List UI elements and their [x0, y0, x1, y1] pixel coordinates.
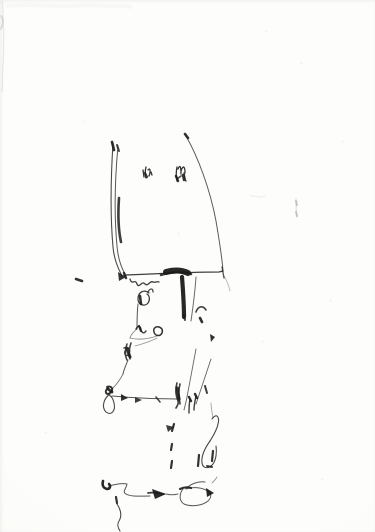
ink-stroke	[196, 359, 211, 404]
ink-stroke	[118, 198, 121, 242]
ink-stroke	[8, 5, 130, 7]
ink-stroke	[184, 315, 185, 320]
ink-stroke	[180, 487, 191, 489]
ink-stroke	[224, 276, 230, 291]
ink-stroke	[180, 482, 211, 506]
ink-stroke	[211, 403, 213, 418]
ink-stroke	[123, 360, 128, 374]
ink-stroke	[130, 336, 157, 339]
ink-stroke	[296, 212, 297, 216]
ink-stroke	[112, 374, 123, 389]
ink-stroke	[154, 327, 163, 336]
ink-stroke	[137, 304, 138, 329]
ink-stroke	[130, 279, 159, 286]
ink-stroke	[206, 488, 214, 497]
ink-stroke	[185, 134, 188, 138]
ink-stroke	[166, 494, 178, 495]
ink-stroke	[198, 451, 213, 466]
ink-stroke	[156, 397, 160, 402]
ink-stroke	[2, 2, 4, 92]
ink-stroke	[76, 279, 82, 281]
ink-stroke	[121, 394, 128, 401]
ink-stroke	[212, 477, 217, 483]
ink-stroke	[171, 424, 174, 468]
ink-stroke	[45, 31, 343, 480]
ink-stroke	[117, 504, 121, 531]
ink-stroke	[196, 307, 206, 312]
ink-stroke	[202, 441, 217, 468]
ink-stroke	[250, 195, 265, 198]
ink-stroke	[1, 16, 3, 29]
ink-stroke	[182, 277, 184, 317]
ink-stroke	[207, 466, 212, 467]
ink-stroke	[140, 296, 141, 304]
drawing-paper	[0, 0, 375, 532]
ink-stroke	[109, 484, 150, 497]
ink-stroke	[116, 497, 117, 503]
ink-sketch	[0, 0, 375, 532]
ink-stroke	[103, 481, 110, 489]
ink-stroke	[296, 201, 297, 205]
ink-stroke	[191, 277, 196, 321]
ink-stroke	[115, 146, 125, 274]
ink-stroke	[177, 388, 179, 399]
ink-stroke	[186, 136, 223, 271]
ink-stroke	[200, 318, 202, 322]
ink-stroke	[130, 329, 137, 338]
ink-stroke	[210, 416, 219, 441]
ink-stroke	[148, 289, 153, 292]
ink-stroke	[205, 386, 207, 393]
ink-stroke	[210, 334, 215, 342]
ink-stroke	[103, 394, 114, 413]
